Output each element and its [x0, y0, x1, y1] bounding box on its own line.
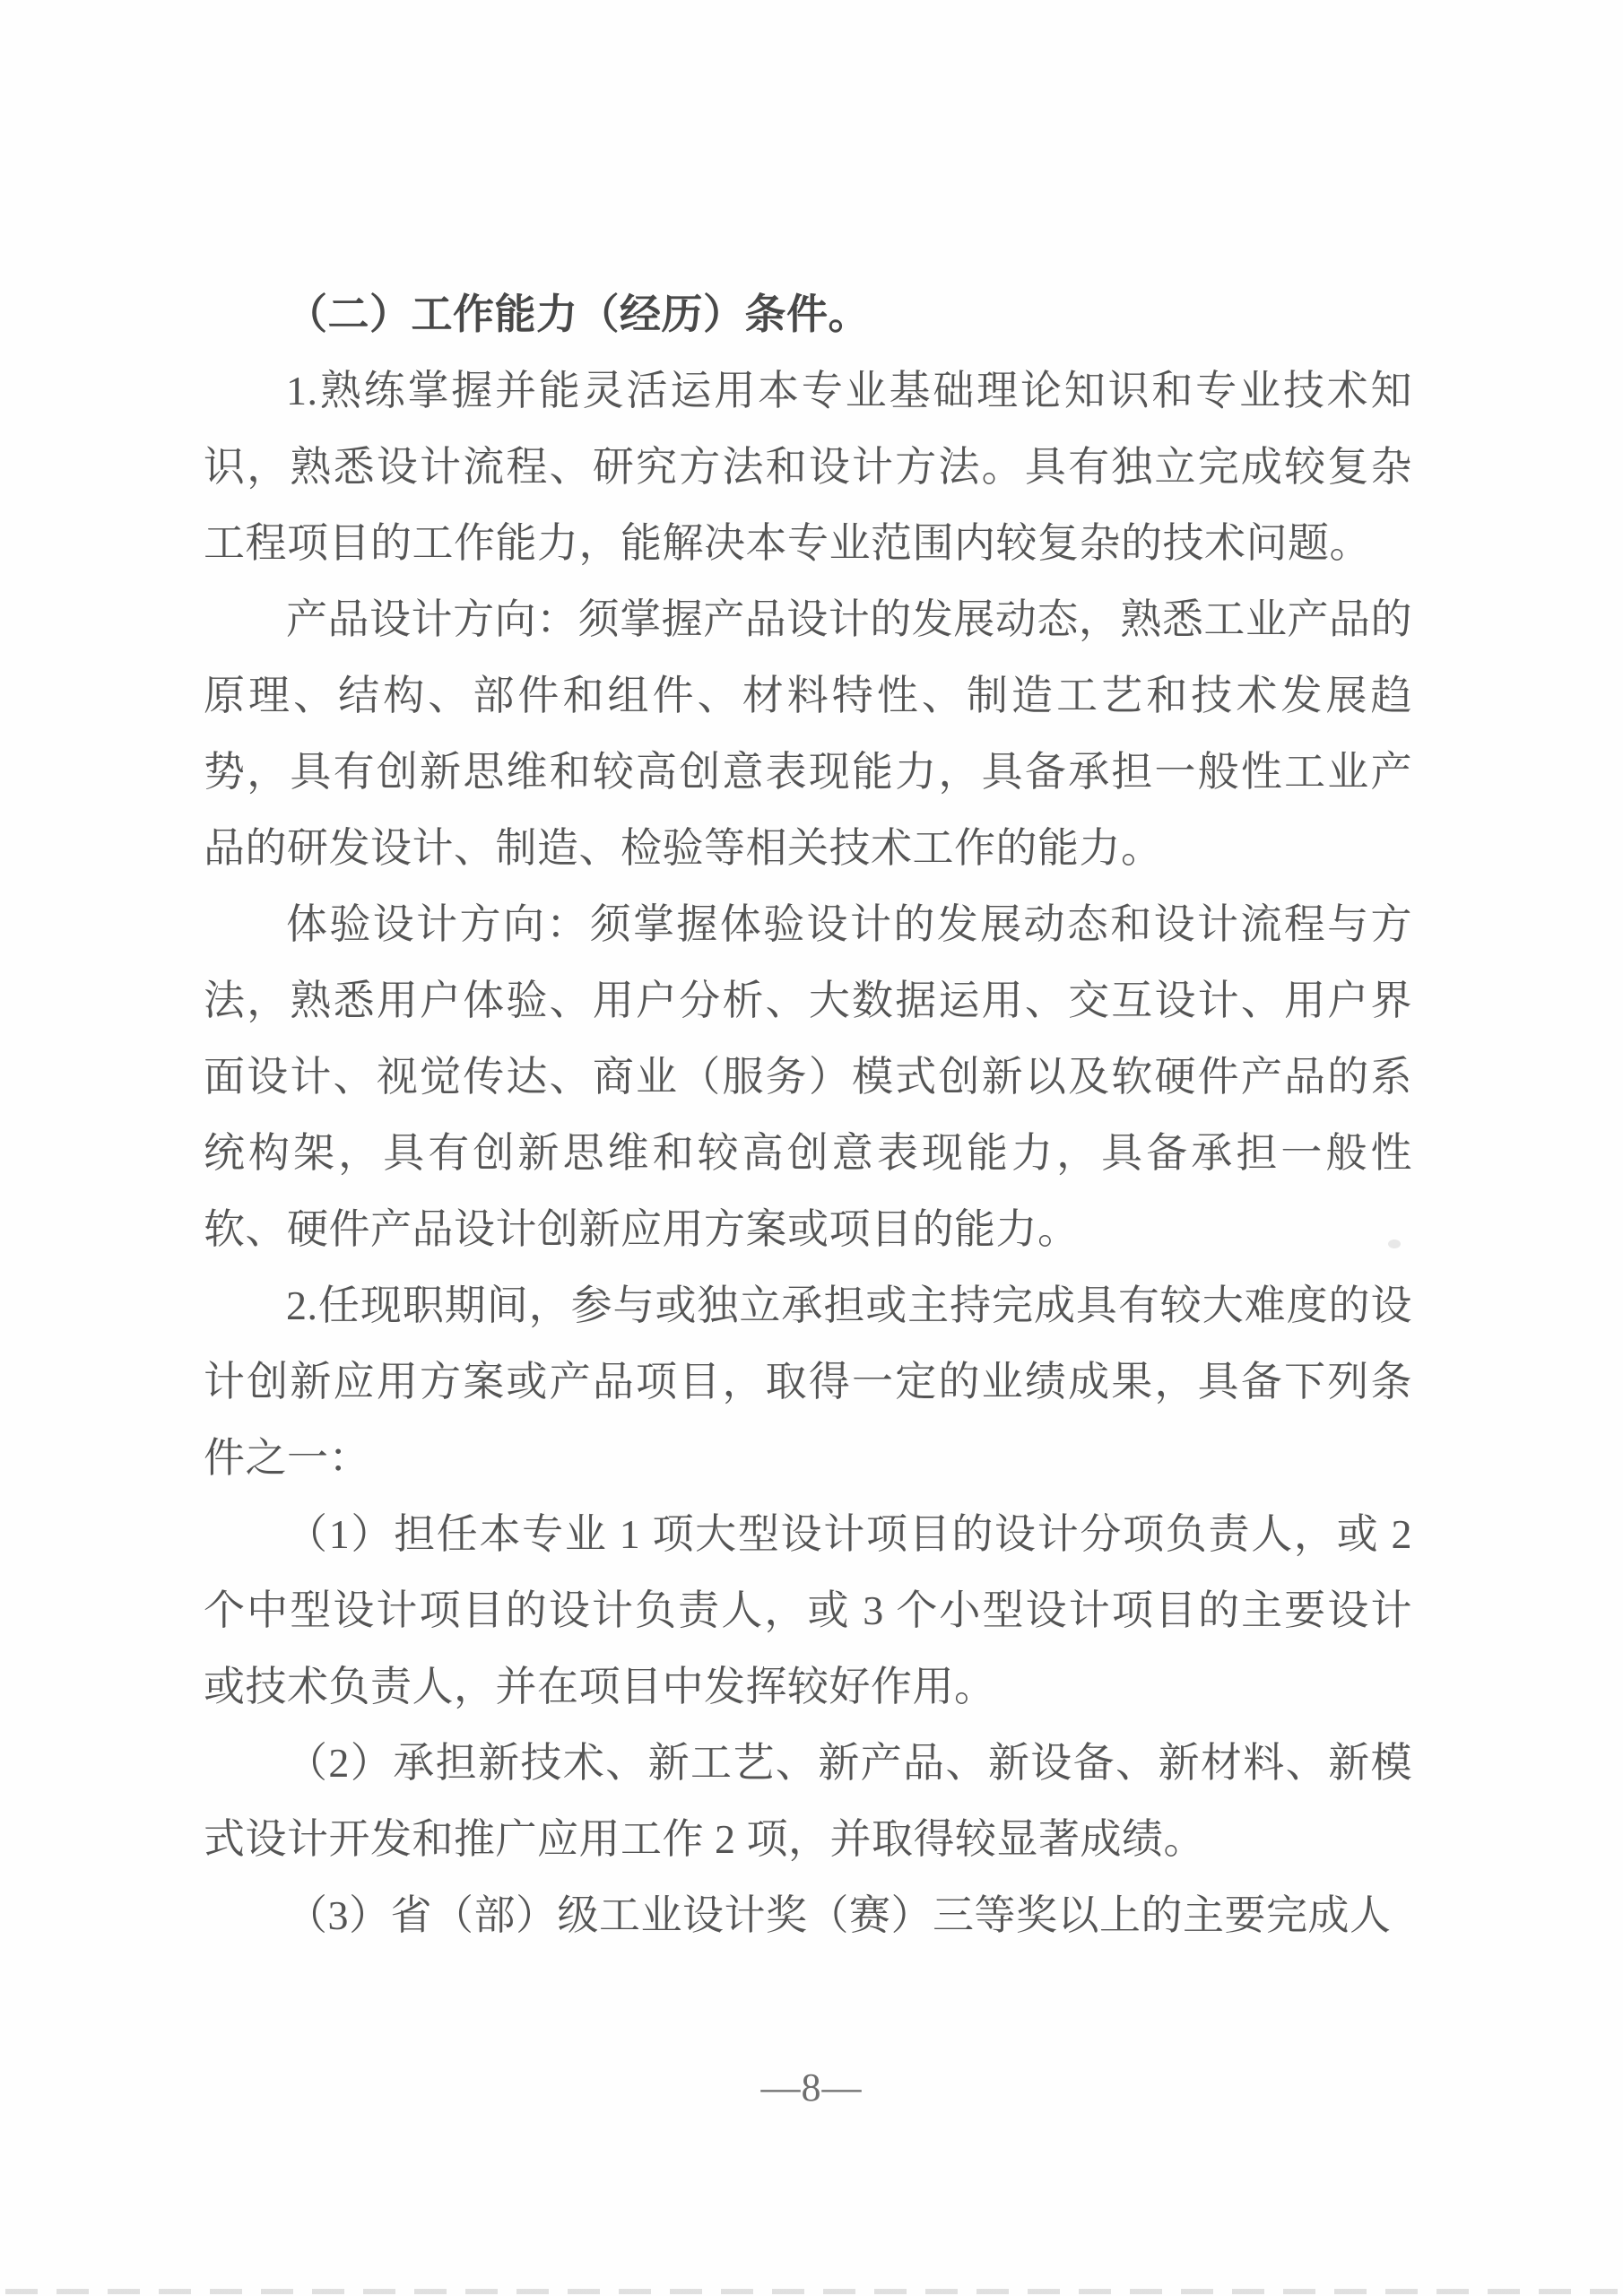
paragraph-condition-1: （1）担任本专业 1 项大型设计项目的设计分项负责人，或 2 个中型设计项目的设… [204, 1496, 1412, 1725]
paragraph-experience-design-direction: 体验设计方向：须掌握体验设计的发展动态和设计流程与方法，熟悉用户体验、用户分析、… [204, 886, 1412, 1267]
paragraph-work-ability-1: 1.熟练掌握并能灵活运用本专业基础理论知识和专业技术知识，熟悉设计流程、研究方法… [204, 352, 1412, 581]
paragraph-condition-2: （2）承担新技术、新工艺、新产品、新设备、新材料、新模式设计开发和推广应用工作 … [204, 1725, 1412, 1877]
scan-edge-artifact [5, 2289, 1618, 2294]
paragraph-product-design-direction: 产品设计方向：须掌握产品设计的发展动态，熟悉工业产品的原理、结构、部件和组件、材… [204, 581, 1412, 886]
section-heading: （二）工作能力（经历）条件。 [204, 276, 1412, 352]
page-number: —8— [0, 2065, 1623, 2111]
document-body: （二）工作能力（经历）条件。 1.熟练掌握并能灵活运用本专业基础理论知识和专业技… [204, 276, 1412, 1953]
document-page: （二）工作能力（经历）条件。 1.熟练掌握并能灵活运用本专业基础理论知识和专业技… [0, 0, 1623, 2296]
paragraph-work-ability-2: 2.任现职期间，参与或独立承担或主持完成具有较大难度的设计创新应用方案或产品项目… [204, 1267, 1412, 1496]
scan-smudge-artifact [1388, 1239, 1401, 1248]
paragraph-condition-3: （3）省（部）级工业设计奖（赛）三等奖以上的主要完成人 [204, 1877, 1412, 1953]
